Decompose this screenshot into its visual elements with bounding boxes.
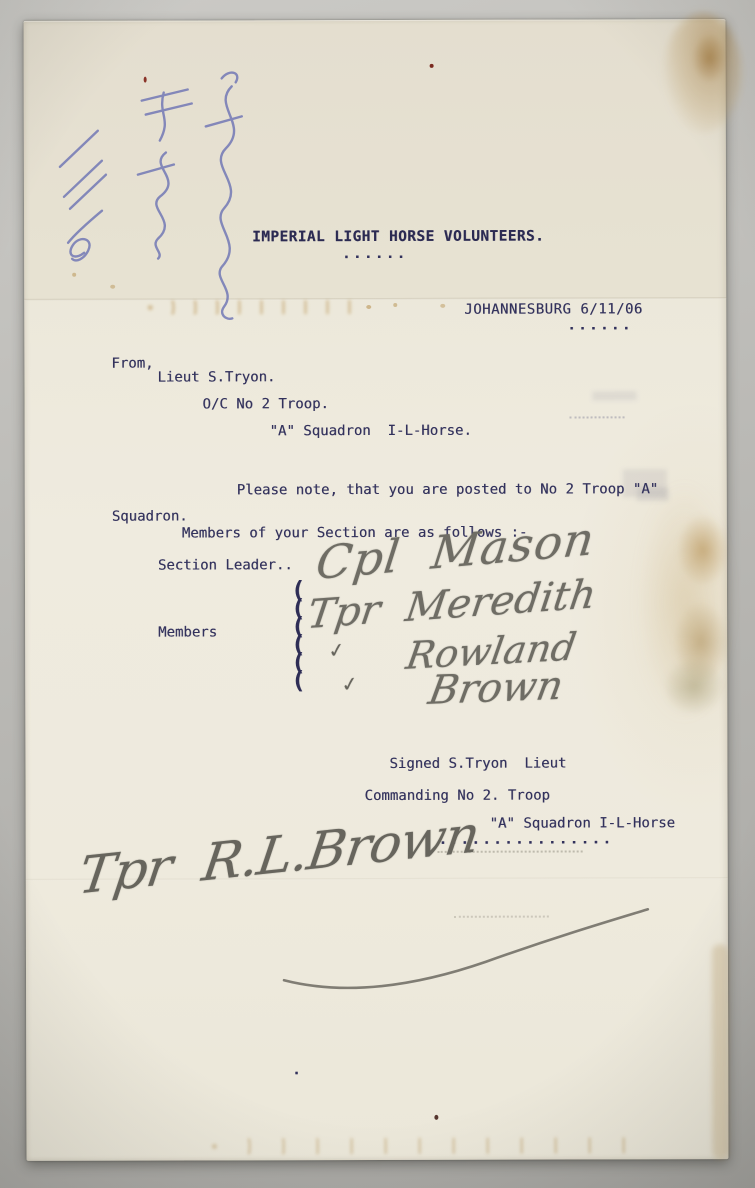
pencil-check-icon: ✓ bbox=[340, 671, 360, 697]
speck bbox=[430, 64, 434, 68]
stain bbox=[712, 944, 729, 1159]
signoff-line-2: Commanding No 2. Troop bbox=[365, 788, 550, 804]
dateline-dots: ...... bbox=[567, 317, 633, 333]
from-line-1: Lieut S.Tryon. bbox=[157, 369, 275, 385]
pencil-check-icon: ✓ bbox=[327, 637, 347, 663]
body-line-1: Please note, that you are posted to No 2… bbox=[237, 481, 658, 498]
pencil-member-3: Brown bbox=[425, 663, 567, 714]
from-line-3: "A" Squadron I-L-Horse. bbox=[270, 423, 472, 440]
signature-flourish bbox=[276, 899, 656, 1000]
stain bbox=[637, 484, 733, 719]
letterhead-title: IMPERIAL LIGHT HORSE VOLUNTEERS. bbox=[252, 229, 544, 246]
letter-paper: IMPERIAL LIGHT HORSE VOLUNTEERS. ...... … bbox=[24, 19, 729, 1161]
stain bbox=[673, 601, 729, 683]
typed-brace: (((((( bbox=[291, 581, 306, 689]
stain bbox=[692, 33, 728, 83]
speck bbox=[434, 1115, 438, 1120]
stain bbox=[663, 657, 725, 715]
stain bbox=[440, 304, 445, 308]
members-label: Members bbox=[158, 624, 217, 640]
ink-annotation bbox=[46, 56, 287, 327]
stain bbox=[393, 303, 397, 307]
stray-dot: . bbox=[292, 1062, 300, 1078]
dateline: JOHANNESBURG 6/11/06 bbox=[464, 301, 643, 317]
ghost-impression bbox=[570, 416, 625, 418]
body-line-2-start: Squadron. bbox=[112, 508, 188, 524]
from-label: From, bbox=[111, 356, 153, 372]
signoff-line-1: Signed S.Tryon Lieut bbox=[389, 756, 566, 772]
photo-backdrop: { "letterhead": { "title": "IMPERIAL LIG… bbox=[0, 0, 755, 1188]
letterhead-dots: ...... bbox=[342, 246, 408, 262]
from-line-2: O/C No 2 Troop. bbox=[202, 396, 328, 412]
stain bbox=[206, 1137, 626, 1154]
stain bbox=[677, 514, 729, 586]
stain bbox=[366, 305, 371, 309]
stain bbox=[663, 13, 741, 133]
pencil-signature: Tpr R.L.Brown bbox=[75, 805, 482, 907]
section-leader-label: Section Leader.. bbox=[158, 557, 293, 573]
signoff-line-3: "A" Squadron I-L-Horse bbox=[490, 815, 675, 831]
ghost-impression bbox=[592, 391, 636, 400]
